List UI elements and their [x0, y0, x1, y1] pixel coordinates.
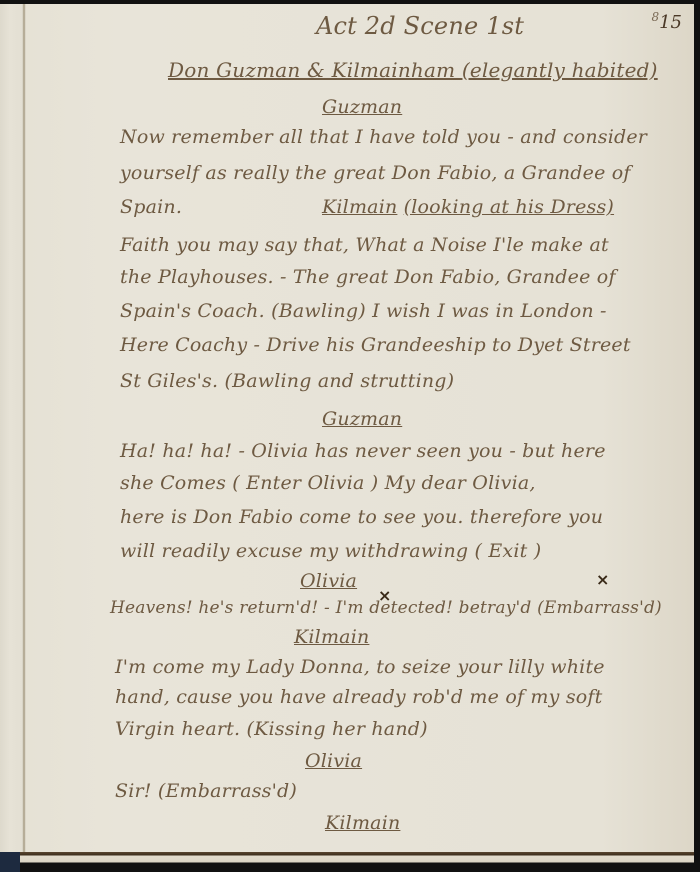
dialogue-line: yourself as really the great Don Fabio, …: [120, 162, 631, 184]
speaker-with-direction: Kilmain (looking at his Dress): [322, 196, 614, 218]
manuscript-page: 815 Act 2d Scene 1st Don Guzman & Kilmai…: [0, 4, 694, 856]
cross-mark: ×: [596, 570, 609, 589]
binding-gutter: [23, 4, 25, 856]
dialogue-line: Faith you may say that, What a Noise I'l…: [120, 234, 609, 256]
dialogue-line: I'm come my Lady Donna, to seize your li…: [115, 656, 605, 678]
folio-number: 815: [651, 10, 682, 33]
act-scene-heading: Act 2d Scene 1st: [270, 12, 570, 40]
dialogue-line: St Giles's. (Bawling and strutting): [120, 370, 454, 392]
speaker-name: Kilmain: [322, 196, 397, 218]
dialogue-line: hand, cause you have already rob'd me of…: [115, 686, 602, 708]
stage-direction: (looking at his Dress): [404, 196, 614, 218]
dialogue-line: here is Don Fabio come to see you. there…: [120, 506, 603, 528]
dialogue-line: the Playhouses. - The great Don Fabio, G…: [120, 266, 616, 288]
dialogue-line: Now remember all that I have told you - …: [120, 126, 647, 148]
dialogue-line: Spain's Coach. (Bawling) I wish I was in…: [120, 300, 607, 322]
dialogue-line: Sir! (Embarrass'd): [115, 780, 297, 802]
speaker-name: Kilmain: [294, 626, 369, 648]
dialogue-line: Ha! ha! ha! - Olivia has never seen you …: [120, 440, 606, 462]
corner-shadow: [0, 852, 20, 872]
page-bottom-edge: [0, 852, 694, 864]
dialogue-line: she Comes ( Enter Olivia ) My dear Olivi…: [120, 472, 536, 494]
speaker-name: Guzman: [322, 96, 402, 118]
folio-main: 15: [659, 12, 682, 33]
dialogue-line: Spain.: [120, 196, 182, 218]
speaker-name: Guzman: [322, 408, 402, 430]
speaker-name: Olivia: [300, 570, 357, 592]
speaker-name: Olivia: [305, 750, 362, 772]
dialogue-line: will readily excuse my withdrawing ( Exi…: [120, 540, 541, 562]
folio-prefix: 8: [651, 10, 659, 24]
speaker-name: Kilmain: [325, 812, 400, 834]
characters-line: Don Guzman & Kilmainham (elegantly habit…: [168, 58, 658, 82]
dialogue-line: Here Coachy - Drive his Grandeeship to D…: [120, 334, 631, 356]
dialogue-line: Virgin heart. (Kissing her hand): [115, 718, 428, 740]
cross-mark: ×: [378, 586, 391, 605]
